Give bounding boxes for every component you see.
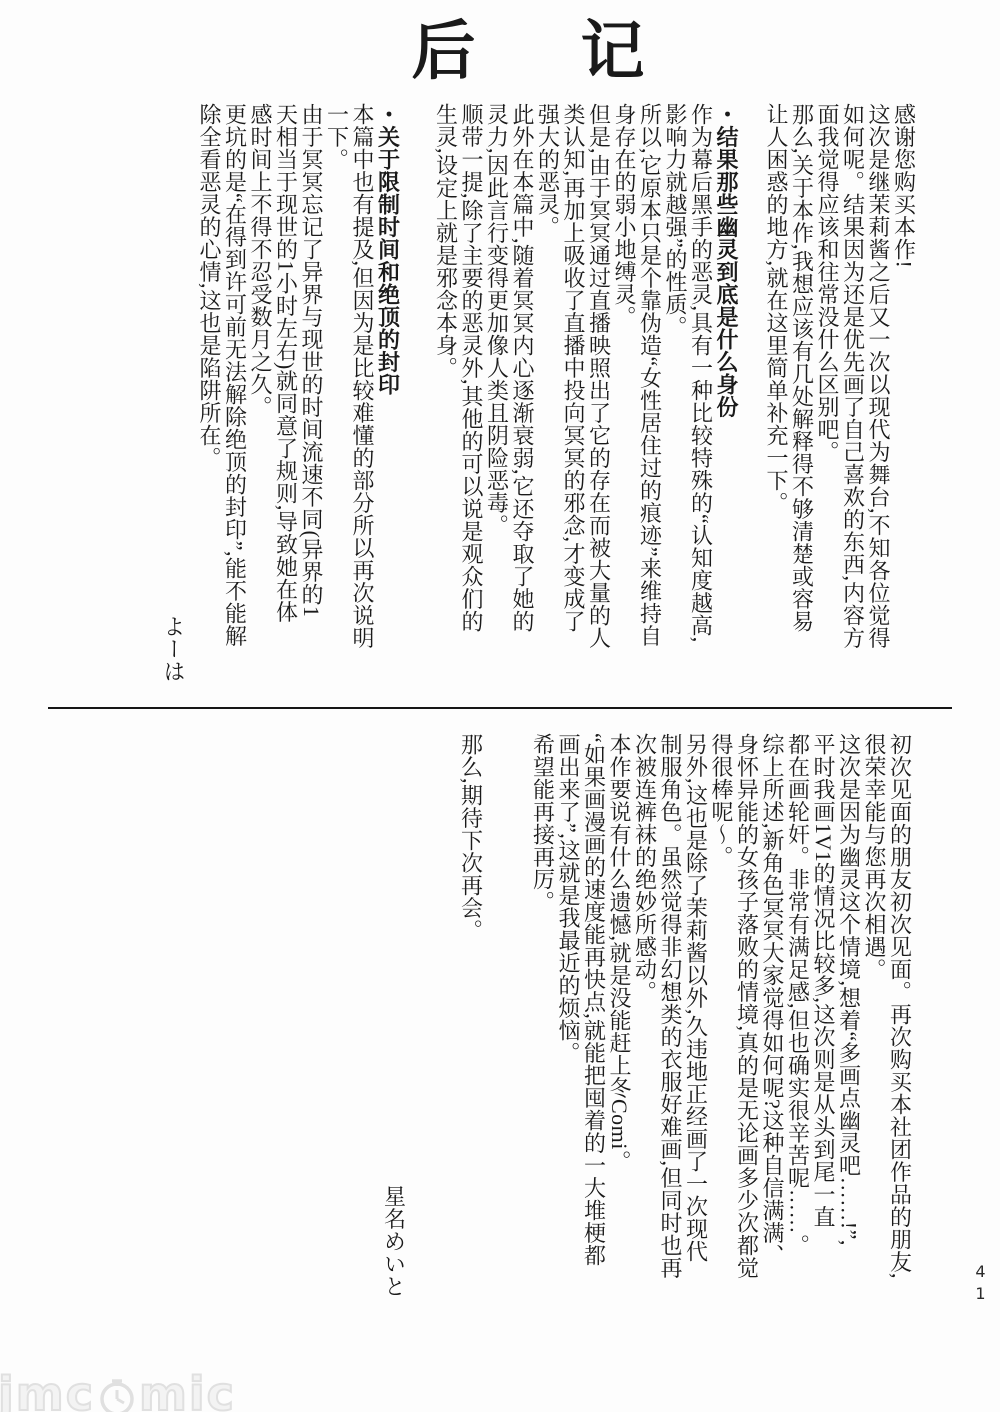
text-column: 但是,由于冥冥通过直播映照出了它的存在而被大量的人 [588,103,610,705]
text-column: 此外在本篇中,随着冥冥内心逐渐衰弱,它还夺取了她的 [511,103,533,705]
watermark-text-left: jmc [0,1371,95,1412]
text-column: 生灵,设定上就是邪念本身。 [435,103,457,705]
section-divider [48,707,952,709]
text-column: 另外,这也是除了茉莉酱以外,久违地正经画了一次现代 [685,733,707,1378]
text-column: 身存在的弱小地缚灵。 [613,103,635,705]
text-column: 由于冥冥忘记了异界与现世的时间流速不同(异界的1 [300,103,322,705]
author-signature: 星名めいと [383,733,405,1378]
text-column: 身怀异能的女孩子落败的情境,真的是无论画多少次都觉 [736,733,758,1378]
page-number: 41 [971,1262,990,1306]
text-column: 平时我画1V1的情况比较多,这次则是从头到尾一直 [812,733,834,1378]
watermark-text-right: mic [139,1371,236,1412]
afterword-page: 后 记 感谢您购买本作! 这次是继茉莉酱之后又一次以现代为舞台,不知各位觉得 如… [0,0,1000,1412]
text-column: 本作要说有什么遗憾,就是没能赶上冬Comi。 [608,733,630,1378]
text-column: 那么,关于本作,我想应该有几处解释得不够清楚或容易 [791,103,813,705]
page-title-char-right: 记 [581,20,645,84]
afterword-bottom-section: 初次见面的朋友初次见面。再次购买本社团作品的朋友, 很荣幸能与您再次相遇。 这次… [379,733,914,1378]
text-column: 很荣幸能与您再次相遇。 [863,733,885,1378]
text-column: 综上所述,新角色冥冥大家觉得如何呢?这种自信满满、 [761,733,783,1378]
text-column: 本篇中也有提及,但因为是比较难懂的部分所以再次说明 [351,103,373,705]
text-column: 面我觉得应该和往常没什么区别吧。 [816,103,838,705]
text-column: 一下。 [326,103,348,705]
clock-icon [97,1370,137,1412]
text-column: 更坑的是“在得到许可前无法解除绝顶的封印”,能不能解 [224,103,246,705]
text-column: “如果画漫画的速度能再快点,就能把囤着的一大堆梗都 [583,733,605,1378]
text-column: 顺带一提,除了主要的恶灵外,其他的可以说是观众们的 [460,103,482,705]
page-title: 后 记 [28,20,1000,84]
watermark: jmc mic [0,1370,236,1412]
text-column: 次被连裤袜的绝妙所感动。 [634,733,656,1378]
section-heading-time-limit-seal: ・关于限制时间和绝顶的封印 [377,103,399,705]
text-column: 类认知,再加上吸收了直播中投向冥冥的邪念,才变成了 [562,103,584,705]
page-title-char-left: 后 [412,20,476,84]
text-column: 得很棒呢〜。 [710,733,732,1378]
text-column: 除全看恶灵的心情,这也是陷阱所在。 [198,103,220,705]
text-column: 如何呢。结果因为还是优先画了自己喜欢的东西,内容方 [842,103,864,705]
text-column: 作为幕后黑手的恶灵,具有一种比较特殊的“认知度越高, [690,103,712,705]
text-column: 灵力,因此言行变得更加像人类且阴险恶毒。 [486,103,508,705]
text-column: 影响力就越强”的性质。 [664,103,686,705]
text-column: 感谢您购买本作! [893,103,915,705]
text-column: 希望能再接再厉。 [532,733,554,1378]
text-column: 这次是因为幽灵这个情境,想着“多画点幽灵吧……!”, [838,733,860,1378]
text-column: 让人困惑的地方,就在这里简单补充一下。 [765,103,787,705]
text-column: 制服角色。虽然觉得非幻想类的衣服好难画,但同时也再 [659,733,681,1378]
afterword-top-section: 感谢您购买本作! 这次是继茉莉酱之后又一次以现代为舞台,不知各位觉得 如何呢。结… [159,103,919,705]
text-column: 都在画轮奸。非常有满足感,但也确实很辛苦呢……。 [787,733,809,1378]
closing-line: 那么,期待下次再会。 [460,733,482,1378]
text-column: 强大的恶灵。 [537,103,559,705]
text-column: 所以,它原本只是个靠伪造“女性居住过的痕迹”来维持自 [639,103,661,705]
text-column: 画出来了”,这就是我最近的烦恼。 [557,733,579,1378]
margin-note: よーは [162,103,184,705]
section-heading-ghost-identity: ・结果那些幽灵到底是什么身份 [715,103,737,705]
text-column: 天相当于现世的1小时左右)就同意了规则,导致她在体 [275,103,297,705]
text-column: 这次是继茉莉酱之后又一次以现代为舞台,不知各位觉得 [867,103,889,705]
text-column: 感时间上不得不忍受数月之久。 [249,103,271,705]
text-column: 初次见面的朋友初次见面。再次购买本社团作品的朋友, [889,733,911,1378]
